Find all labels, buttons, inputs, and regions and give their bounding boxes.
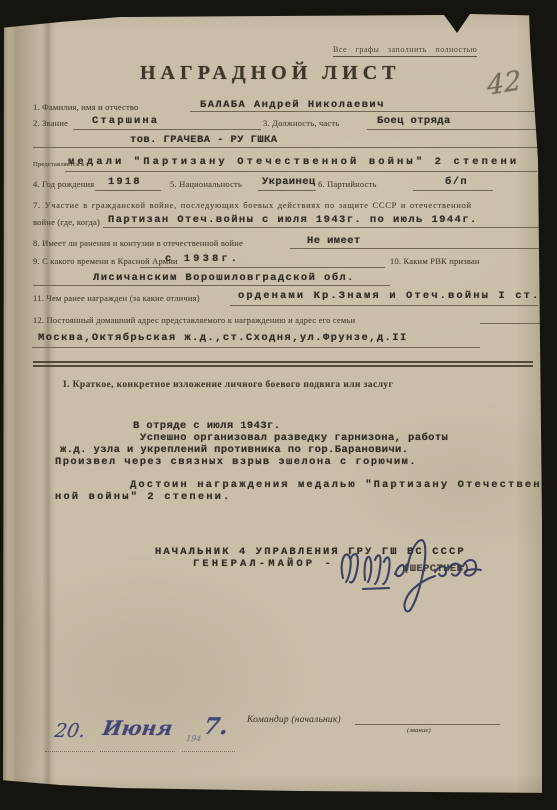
citation-line: Успешно организовал разведку гарнизона, … [140,432,448,444]
field-line [95,190,161,191]
date-dotted-line [182,750,235,752]
signing-officer-rank: ГЕНЕРАЛ-МАЙОР - [193,558,334,570]
field-3-value: Боец отряда [377,115,451,127]
field-12-value: Москва,Октябрьская ж.д.,ст.Сходня,ул.Фру… [38,332,408,344]
field-line [230,305,538,306]
handwritten-date-month: Июня [101,716,174,740]
citation-line: Произвел через связных взрыв эшелона с г… [55,456,417,468]
field-11-value: орденами Кр.Знамя и Отеч.войны I ст. [238,290,540,302]
signature-autograph [335,524,495,616]
field-10-label: 10. Каким РВК призван [390,256,480,267]
signature-line [355,724,500,725]
section-divider [33,361,533,363]
field-1-value: БАЛАБА Андрей Николаевич [200,99,385,111]
field-line [32,347,480,348]
scanned-document: Все графы заполнить полностью НАГРАДНОЙ … [0,0,557,810]
field-7-value: Партизан Отеч.войны с июля 1943г. по июл… [108,214,478,226]
field-10-value: Лисичанским Ворошиловградской обл. [93,272,355,284]
award-sheet-page: Все графы заполнить полностью НАГРАДНОЙ … [15,10,542,796]
section-1-heading: I. Краткое, конкретное изложение личного… [63,380,393,390]
field-line [33,147,540,148]
field-3-label: 3. Должность, часть [263,118,339,129]
citation-conclusion-line: Достоин награждения медалью "Партизану О… [130,479,550,491]
field-6-value: б/п [445,176,468,188]
field-line [33,285,390,286]
citation-line: В отряде с июля 1943г. [133,420,280,432]
field-3-value-continued: тов. ГРАЧЕВА - РУ ГШКА [130,134,277,146]
rank-hint: (звание) [407,727,431,735]
field-4-value: 1918 [108,176,142,188]
field-8-label: 8. Имеет ли ранения и контузии в отечест… [33,238,243,249]
field-2-label: 2. Звание [33,118,68,129]
section-divider [33,365,533,367]
field-8-value: Не имеет [307,235,361,247]
handwritten-date-day: 20. [53,720,87,742]
field-line [367,129,540,130]
handwritten-date-year: 7. [202,713,230,740]
field-5-label: 5. Национальность [170,179,242,190]
presented-for-value: медали "Партизану Отечественной войны" 2… [68,156,519,168]
handwritten-date-year-faded: 194 [185,734,202,743]
field-6-label: 6. Партийность [318,179,377,190]
field-12-label: 12. Постоянный домашний адрес представля… [33,315,355,326]
field-1-label: 1. Фамилия, имя и отчество [33,102,139,113]
field-7-label-line1: 7. Участие в гражданской войне, последую… [33,200,472,211]
field-line [258,190,316,191]
commander-label: Командир (начальник) [247,715,341,727]
field-2-value: Старшина [92,115,159,127]
citation-line: ж.д. узла и укреплений противника по гор… [60,444,408,456]
date-dotted-line [45,750,95,752]
field-9-value: с 1938г. [165,253,240,265]
field-7-label-line2: войне (где, когда) [33,217,100,228]
page-title: НАГРАДНОЙ ЛИСТ [140,62,401,85]
field-line [73,129,261,130]
field-line [413,190,493,191]
field-line [290,248,540,249]
field-line [103,227,540,228]
citation-conclusion-line: ной войны" 2 степени. [55,491,231,503]
field-line [65,171,537,172]
date-dotted-line [100,750,175,752]
field-9-label: 9. С какого времени в Красной Армии [33,256,178,267]
field-line [480,323,540,324]
form-instruction: Все графы заполнить полностью [333,45,477,57]
field-5-value: Украинец [262,176,316,188]
field-4-label: 4. Год рождения [33,179,94,190]
field-line [190,111,540,112]
field-11-label: 11. Чем ранее награжден (за какие отличи… [33,293,200,304]
handwritten-page-number: 42 [486,65,522,102]
field-line [140,267,385,268]
